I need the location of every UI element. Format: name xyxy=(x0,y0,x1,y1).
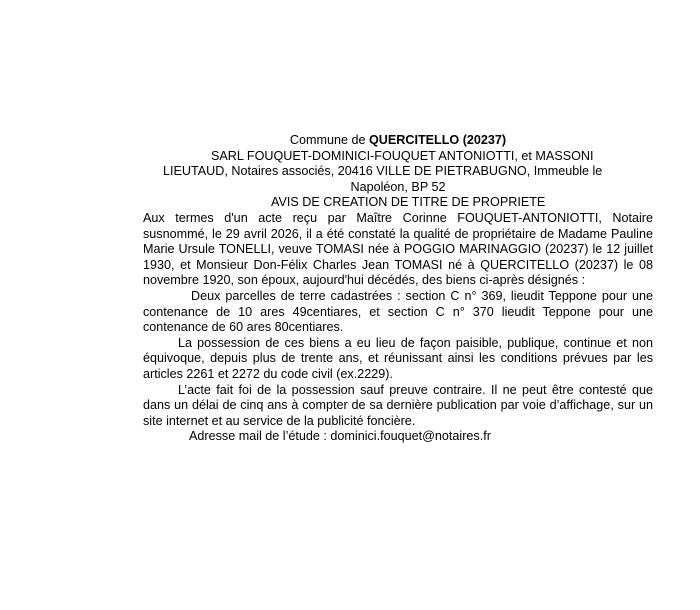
paragraph-contestation: L’acte fait foi de la possession sauf pr… xyxy=(143,383,653,430)
paragraph-parcels: Deux parcelles de terre cadastrées : sec… xyxy=(143,289,653,336)
legal-notice: Commune de QUERCITELLO (20237) SARL FOUQ… xyxy=(143,133,653,445)
notary-line-3: Napoléon, BP 52 xyxy=(143,180,653,196)
commune-name: QUERCITELLO (20237) xyxy=(369,133,506,147)
notice-title: AVIS DE CREATION DE TITRE DE PROPRIETE xyxy=(143,195,653,211)
email-address[interactable]: dominici.fouquet@notaires.fr xyxy=(330,429,491,443)
commune-prefix: Commune de xyxy=(290,133,369,147)
commune-heading: Commune de QUERCITELLO (20237) xyxy=(143,133,653,149)
notary-line-2: LIEUTAUD, Notaires associés, 20416 VILLE… xyxy=(143,164,653,180)
paragraph-deed: Aux termes d'un acte reçu par Maître Cor… xyxy=(143,211,653,289)
notary-line-1: SARL FOUQUET-DOMINICI-FOUQUET ANTONIOTTI… xyxy=(143,149,653,165)
email-line: Adresse mail de l’étude : dominici.fouqu… xyxy=(143,429,653,445)
email-label: Adresse mail de l’étude : xyxy=(189,429,330,443)
paragraph-possession: La possession de ces biens a eu lieu de … xyxy=(143,336,653,383)
